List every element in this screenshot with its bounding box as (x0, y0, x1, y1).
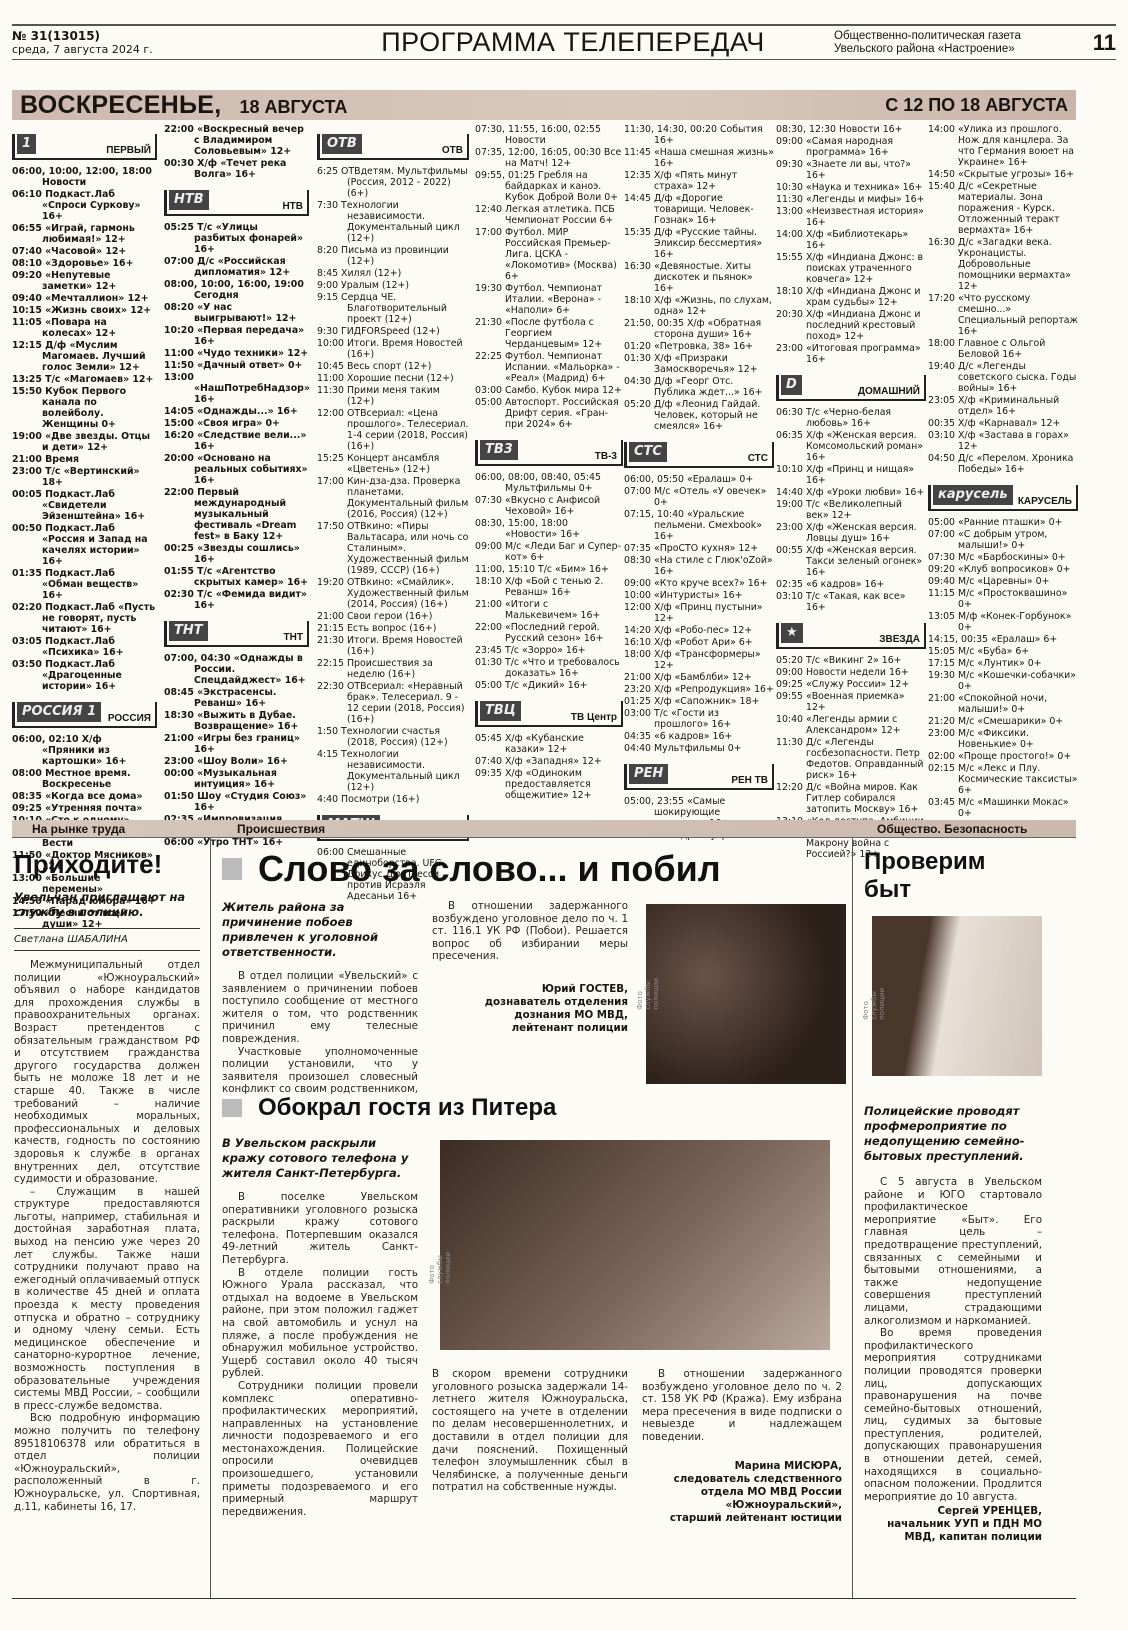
channel-logo-icon: ★ (781, 623, 803, 643)
program-listing: 11:00, 15:10 Т/с «Бим» 16+ (475, 564, 623, 575)
program-listing: 05:20 Д/ф «Леонид Гайдай. Человек, котор… (624, 399, 774, 432)
program-listing: 07:00 М/с «Отель «У овечек» 0+ (624, 486, 774, 508)
program-listing: 00:05 Подкаст.Лаб «Свидетели Эйзенштейна… (12, 489, 157, 522)
program-listing: 15:50 Кубок Первого канала по волейболу.… (12, 386, 157, 430)
section-society: Общество. Безопасность (857, 822, 1027, 836)
signature-line: Марина МИСЮРА, (642, 1460, 842, 1473)
police-uniform-photo (646, 904, 846, 1084)
program-listing: 03:00 Самбо. Кубок мира 12+ (475, 385, 623, 396)
program-listing: 02:30 Т/с «Фемида видит» 16+ (164, 589, 309, 611)
program-listing: 9:00 Уралым (12+) (317, 280, 469, 291)
channel-name: СТС (748, 453, 768, 464)
program-listing: 20:00 «Основано на реальных событиях» 16… (164, 453, 309, 486)
program-listing: 11:30 Прими меня таким (12+) (317, 385, 469, 407)
program-listing: 19:00 Т/с «Великолепный век» 12+ (776, 499, 926, 521)
program-listing: 4:15 Технологии независимости. Документа… (317, 749, 469, 793)
channel-header: СТССТС (624, 442, 774, 468)
program-listing: 10:00 Итоги. Время Новостей (16+) (317, 338, 469, 360)
program-listing: 21:00 «Спокойной ночи, малыши!» 0+ (928, 693, 1078, 715)
program-listing: 05:20 Т/с «Викинг 2» 16+ (776, 655, 926, 666)
program-listing: 18:00 Главное с Ольгой Беловой 16+ (928, 338, 1078, 360)
headline: Приходите! (14, 848, 200, 880)
program-listing: 09:40 «Мечталлион» 12+ (12, 293, 157, 304)
program-listing: 07:35 «ПроСТО кухня» 12+ (624, 543, 774, 554)
day-name: ВОСКРЕСЕНЬЕ, (20, 91, 222, 120)
program-listing: 11:00 Хорошие песни (12+) (317, 373, 469, 384)
program-listing: 8:45 Хилял (12+) (317, 268, 469, 279)
program-listing: 19:20 ОТВкино: «Смайлик». Художественный… (317, 577, 469, 610)
program-listing: 09:25 «Служу России» 12+ (776, 679, 926, 690)
program-listing: 03:10 Х/ф «Застава в горах» 12+ (928, 430, 1078, 452)
tv-schedule-grid: 1ПЕРВЫЙ06:00, 10:00, 12:00, 18:00 Новост… (12, 124, 1076, 818)
program-listing: 08:00, 10:00, 16:00, 19:00 Сегодня (164, 279, 309, 301)
program-listing: 14:50 «Скрытые угрозы» 16+ (928, 169, 1078, 180)
program-listing: 09:00 «Кто круче всех?» 16+ (624, 578, 774, 589)
program-listing: 21:30 Итоги. Время Новостей (16+) (317, 635, 469, 657)
channel-logo-icon: ТВЦ (480, 701, 521, 721)
program-listing: 07:35, 12:00, 16:05, 00:30 Все на Матч! … (475, 147, 623, 169)
program-listing: 21:00 «Итоги с Малькевичем» 16+ (475, 599, 623, 621)
program-listing: 13:00 «НашПотребНадзор» 16+ (164, 372, 309, 405)
program-listing: 15:40 Д/с «Секретные материалы. Зона пор… (928, 181, 1078, 236)
program-listing: 16:30 «Девяностые. Хиты дискотек и пьяно… (624, 261, 774, 294)
program-listing: 08:20 «У нас выигрывают!» 12+ (164, 302, 309, 324)
program-listing: 07:30 «Вкусно с Анфисой Чеховой» 16+ (475, 495, 623, 517)
program-listing: 19:30 М/с «Кошечки-собачки» 0+ (928, 670, 1078, 692)
program-listing: 07:30 М/с «Барбоскины» 0+ (928, 552, 1078, 563)
program-listing: 02:15 М/с «Лекс и Плу. Космические такси… (928, 763, 1078, 796)
program-listing: 14:20 Х/ф «Робо-пес» 12+ (624, 625, 774, 636)
program-listing: 09:35 Х/ф «Одиноким предоставляется обще… (475, 768, 623, 801)
program-listing: 15:55 Х/ф «Индиана Джонс: в поисках утра… (776, 252, 926, 285)
paragraph: Участковые уполномоченные полиции устано… (222, 1046, 418, 1096)
article-body: С 5 августа в Увельском районе и ЮГО ста… (864, 1176, 1042, 1503)
program-listing: 11:15 М/с «Простоквашино» 0+ (928, 588, 1078, 610)
signature-line: Сергей УРЕНЦЕВ, (864, 1505, 1042, 1518)
channel-name: НТВ (282, 201, 303, 212)
program-listing: 6:25 ОТВдетям. Мультфильмы (Россия, 2012… (317, 166, 469, 199)
program-listing: 03:45 М/с «Машинки Мокас» 0+ (928, 797, 1078, 819)
program-listing: 22:00 «Последний герой. Русский сезон» 1… (475, 622, 623, 644)
section-labor: На рынке труда (12, 822, 217, 836)
paper-line-2: Увельского района «Настроение» (834, 43, 1015, 55)
program-listing: 8:20 Письма из провинции (12+) (317, 245, 469, 267)
program-listing: 15:00 «Своя игра» 0+ (164, 418, 309, 429)
tv-column-1: 1ПЕРВЫЙ06:00, 10:00, 12:00, 18:00 Новост… (12, 124, 157, 931)
program-listing: 06:30 Т/с «Черно-белая любовь» 16+ (776, 407, 926, 429)
program-listing: 17:15 М/с «Лунтик» 0+ (928, 658, 1078, 669)
channel-name: КАРУСЕЛЬ (1018, 496, 1072, 507)
program-listing: 01:20 «Петровка, 38» 16+ (624, 341, 774, 352)
issue-date: среда, 7 августа 2024 г. (12, 43, 153, 56)
channel-header: ОТВОТВ (317, 134, 469, 160)
program-listing: 10:10 Х/ф «Принц и нищая» 16+ (776, 464, 926, 486)
program-listing: 13:25 Т/с «Магомаев» 12+ (12, 374, 157, 385)
program-listing: 19:30 Футбол. Чемпионат Италии. «Верона»… (475, 283, 623, 316)
program-listing: 05:00 «Ранние пташки» 0+ (928, 517, 1078, 528)
program-listing: 10:40 «Легенды армии с Александром» 12+ (776, 714, 926, 736)
program-listing: 06:00 «Утро ТНТ» 16+ (164, 837, 309, 848)
program-listing: 07:15, 10:40 «Уральские пельмени. Смехbo… (624, 509, 774, 542)
program-listing: 09:00 М/с «Леди Баг и Супер-кот» 6+ (475, 541, 623, 563)
article-fight: Слово за слово... и побил Житель района … (222, 848, 844, 890)
channel-name: ЗВЕЗДА (879, 634, 920, 645)
program-listing: 03:50 Подкаст.Лаб «Драгоценные истории» … (12, 659, 157, 692)
tv-column-5: 11:30, 14:30, 00:20 События 16+11:45 «На… (624, 124, 774, 842)
program-listing: 11:30 «Легенды и мифы» 16+ (776, 194, 926, 205)
lead: Увельчан приглашают на службу в полицию. (14, 890, 200, 920)
signature-line: «Южноуральский», (642, 1499, 842, 1512)
program-listing: 13:00 «Неизвестная история» 16+ (776, 206, 926, 228)
signature: Сергей УРЕНЦЕВ, начальник УУП и ПДН МО М… (864, 1505, 1042, 1544)
program-listing: 14:45 Д/ф «Дорогие товарищи. Человек-Гоз… (624, 193, 774, 226)
article-byt: Проверим быт Фото службы полиции Полицей… (864, 848, 1074, 904)
program-listing: 10:45 Весь спорт (12+) (317, 361, 469, 372)
program-listing: 05:25 Т/с «Улицы разбитых фонарей» 16+ (164, 222, 309, 255)
signature-line: начальник УУП и ПДН МО (864, 1518, 1042, 1531)
channel-header: ТВЦТВ Центр (475, 701, 623, 727)
channel-name: ОТВ (442, 145, 463, 156)
program-listing: 01:50 Шоу «Студия Союз» 16+ (164, 791, 309, 813)
program-listing: 09:20 «Непутевые заметки» 12+ (12, 270, 157, 292)
program-listing: 09:00 «Самая народная программа» 16+ (776, 136, 926, 158)
paragraph: Всю подробную информацию можно получить … (14, 1412, 200, 1513)
program-listing: 23:20 Х/ф «Репродукция» 16+ (624, 684, 774, 695)
channel-header: РЕНРЕН ТВ (624, 764, 774, 790)
photo-credit: Фото службы полиции (428, 1252, 452, 1284)
program-listing: 9:30 ГИДFORSpeed (12+) (317, 326, 469, 337)
program-listing: 04:35 «6 кадров» 16+ (624, 731, 774, 742)
lead: В Увельском раскрыли кражу сотового теле… (222, 1136, 418, 1181)
channel-header: НТВНТВ (164, 190, 309, 216)
program-listing: 11:50 «Дачный ответ» 0+ (164, 360, 309, 371)
program-listing: 12:20 Д/с «Война миров. Как Гитлер собир… (776, 782, 926, 815)
program-listing: 10:30 «Наука и техника» 16+ (776, 182, 926, 193)
masthead: № 31(13015) среда, 7 августа 2024 г. ПРО… (12, 24, 1116, 60)
program-listing: 05:00 Автоспорт. Российская Дрифт серия.… (475, 397, 623, 430)
program-listing: 23:00 «Итоговая программа» 16+ (776, 343, 926, 365)
program-listing: 07:40 «Часовой» 12+ (12, 246, 157, 257)
program-listing: 23:00 Х/ф «Женская версия. Ловцы душ» 16… (776, 522, 926, 544)
program-listing: 05:45 Х/ф «Кубанские казаки» 12+ (475, 733, 623, 755)
channel-header: РОССИЯ 1РОССИЯ (12, 702, 157, 728)
divider (12, 1598, 1076, 1599)
signature-line: старший лейтенант юстиции (642, 1512, 842, 1525)
program-listing: 18:30 «Выжить в Дубае. Возвращение» 16+ (164, 710, 309, 732)
paper-name: Общественно-политическая газета Увельско… (834, 30, 1084, 56)
channel-header: ★ЗВЕЗДА (776, 623, 926, 649)
program-listing: 23:00 М/с «Фиксики. Новенькие» 0+ (928, 728, 1078, 750)
program-listing: 14:00 «Улика из прошлого. Нож для канцле… (928, 124, 1078, 168)
channel-logo-icon: 1 (17, 134, 36, 154)
week-range: С 12 ПО 18 АВГУСТА (885, 95, 1068, 116)
program-listing: 18:10 Х/ф «Индиана Джонс и храм судьбы» … (776, 286, 926, 308)
program-listing: 07:00, 04:30 «Однажды в России. Спецдайд… (164, 653, 309, 686)
paragraph: В скором времени сотрудники уголовного р… (432, 1368, 628, 1494)
lead: Житель района за причинение побоев привл… (222, 900, 418, 960)
program-listing: 06:00, 02:10 Х/ф «Пряники из картошки» 1… (12, 734, 157, 767)
program-listing: 01:30 Т/с «Что и требовалось доказать» 1… (475, 657, 623, 679)
program-listing: 01:30 Х/ф «Призраки Замоскворечья» 12+ (624, 353, 774, 375)
channel-name: ДОМАШНИЙ (858, 386, 920, 397)
headline: Обокрал гостя из Питера (258, 1092, 556, 1124)
article-body-cont: В скором времени сотрудники уголовного р… (432, 1368, 628, 1494)
channel-header: DДОМАШНИЙ (776, 375, 926, 401)
paragraph: В отношении задержанного возбуждено угол… (642, 1368, 842, 1444)
program-listing: 11:30, 14:30, 00:20 События 16+ (624, 124, 774, 146)
signature: Юрий ГОСТЕВ, дознаватель отделения дозна… (432, 983, 628, 1035)
tv-column-3: ОТВОТВ6:25 ОТВдетям. Мультфильмы (Россия… (317, 124, 469, 903)
photo-credit: Фото службы полиции (636, 978, 660, 1010)
program-listing: 05:00 Т/с «Дикий» 16+ (475, 680, 623, 691)
paragraph: Межмуниципальный отдел полиции «Южноурал… (14, 959, 200, 1186)
program-listing: 02:20 Подкаст.Лаб «Пусть не говорят, пус… (12, 602, 157, 635)
program-listing: 22:00 Первый международный музыкальный ф… (164, 487, 309, 542)
signature-line: следователь следственного (642, 1473, 842, 1486)
program-listing: 10:20 «Первая передача» 16+ (164, 325, 309, 347)
program-listing: 18:10 Х/ф «Жизнь, по слухам, одна» 12+ (624, 295, 774, 317)
program-listing: 00:35 Х/ф «Карнавал» 12+ (928, 418, 1078, 429)
program-listing: 06:55 «Играй, гармонь любимая!» 12+ (12, 223, 157, 245)
channel-logo-icon: ОТВ (322, 134, 362, 154)
program-listing: 21:00 «Игры без границ» 16+ (164, 733, 309, 755)
program-listing: 22:30 ОТВсериал: «Неравный брак». Телесе… (317, 681, 469, 725)
program-listing: 21:15 Есть вопрос (16+) (317, 623, 469, 634)
program-listing: 01:55 Т/с «Агентство скрытых камер» 16+ (164, 566, 309, 588)
program-listing: 08:30, 15:00, 18:00 «Новости» 16+ (475, 518, 623, 540)
program-listing: 01:35 Подкаст.Лаб «Обман веществ» 16+ (12, 568, 157, 601)
program-listing: 07:00 «С добрым утром, малыши!» 0+ (928, 529, 1078, 551)
program-listing: 08:35 «Когда все дома» (12, 791, 157, 802)
program-listing: 07:40 Х/ф «Западня» 12+ (475, 756, 623, 767)
lead: Полицейские проводят профмероприятие по … (864, 1104, 1042, 1164)
program-listing: 06:00, 05:50 «Ералаш» 0+ (624, 474, 774, 485)
channel-name: РОССИЯ (108, 713, 151, 724)
program-listing: 12:00 ОТВсериал: «Цена прошлого». Телесе… (317, 408, 469, 452)
program-listing: 06:00, 10:00, 12:00, 18:00 Новости (12, 166, 157, 188)
program-listing: 00:00 «Музыкальная интуиция» 16+ (164, 768, 309, 790)
signature-line: лейтенант полиции (432, 1022, 628, 1035)
paragraph: В поселке Увельском оперативники уголовн… (222, 1191, 418, 1267)
issue-info: № 31(13015) среда, 7 августа 2024 г. (12, 30, 312, 56)
program-listing: 06:10 Подкаст.Лаб «Спроси Суркову» 16+ (12, 189, 157, 222)
program-listing: 19:40 Д/с «Легенды советского сыска. Год… (928, 361, 1078, 394)
signature-line: дознаватель отделения (432, 996, 628, 1009)
channel-name: РЕН ТВ (731, 775, 768, 786)
program-listing: 07:30, 11:55, 16:00, 02:55 Новости (475, 124, 623, 146)
program-listing: 09:40 М/с «Царевны» 0+ (928, 576, 1078, 587)
article-body: Межмуниципальный отдел полиции «Южноурал… (14, 959, 200, 1513)
program-listing: 19:00 «Две звезды. Отцы и дети» 12+ (12, 431, 157, 453)
program-listing: 20:30 Х/ф «Индиана Джонс и последний кре… (776, 309, 926, 342)
channel-name: ТВ Центр (571, 712, 617, 723)
police-at-door-photo (872, 916, 1042, 1076)
program-listing: 03:10 Т/с «Такая, как все» 16+ (776, 591, 926, 613)
program-listing: 15:05 М/с «Буба» 6+ (928, 646, 1078, 657)
program-listing: 00:50 Подкаст.Лаб «Россия и Запад на кач… (12, 523, 157, 567)
program-listing: 04:40 Мультфильмы 0+ (624, 743, 774, 754)
program-listing: 00:30 Х/ф «Течет река Волга» 16+ (164, 158, 309, 180)
channel-logo-icon: СТС (629, 442, 667, 462)
program-listing: 7:30 Технологии независимости. Документа… (317, 200, 469, 244)
program-listing: 21:00 Свои герои (16+) (317, 611, 469, 622)
divider (210, 838, 211, 1598)
program-listing: 14:00 Х/ф «Библиотекарь» 16+ (776, 229, 926, 251)
channel-logo-icon: НТВ (169, 190, 209, 210)
program-listing: 16:20 «Следствие вели...» 16+ (164, 430, 309, 452)
article-labor: Приходите! Увельчан приглашают на службу… (14, 848, 200, 1513)
program-listing: 09:55 «Военная приемка» 12+ (776, 691, 926, 713)
program-listing: 09:25 «Утренняя почта» (12, 803, 157, 814)
tv-column-4: 07:30, 11:55, 16:00, 02:55 Новости07:35,… (475, 124, 623, 802)
section-incidents: Происшествия (217, 822, 857, 836)
program-listing: 09:55, 01:25 Гребля на байдарках и каноэ… (475, 170, 623, 203)
channel-logo-icon: РЕН (629, 764, 668, 784)
program-listing: 15:25 Концерт ансамбля «Цветень» (12+) (317, 453, 469, 475)
article-body: В отдел полиции «Увельский» с заявлением… (222, 970, 418, 1096)
program-listing: 00:25 «Звезды сошлись» 16+ (164, 543, 309, 565)
program-listing: 9:15 Сердца ЧЕ. Благотворительный проект… (317, 292, 469, 325)
program-listing: 23:45 Т/с «Зорро» 16+ (475, 645, 623, 656)
channel-logo-icon: ТНТ (169, 621, 208, 641)
program-listing: 21:20 М/с «Смешарики» 0+ (928, 716, 1078, 727)
program-listing: 23:05 Х/ф «Криминальный отдел» 16+ (928, 395, 1078, 417)
channel-header: карусельКАРУСЕЛЬ (928, 485, 1078, 511)
program-listing: 23:00 «Шоу Воли» 16+ (164, 756, 309, 767)
program-listing: 11:00 «Чудо техники» 12+ (164, 348, 309, 359)
headline: Слово за слово... и побил (258, 848, 721, 890)
article-theft: Обокрал гостя из Питера В Увельском раск… (222, 1092, 844, 1124)
paper-line-1: Общественно-политическая газета (834, 30, 1021, 42)
headline: Проверим быт (864, 848, 1014, 904)
paragraph: В отношении задержанного возбуждено угол… (432, 900, 628, 963)
program-listing: 13:05 М/ф «Конек-Горбунок» 0+ (928, 611, 1078, 633)
paragraph: – Служащим в нашей структуре предоставля… (14, 1186, 200, 1413)
program-listing: 17:00 Футбол. МИР Российская Премьер-Лиг… (475, 227, 623, 282)
program-listing: 03:05 Подкаст.Лаб «Психика» 16+ (12, 636, 157, 658)
program-listing: 01:25 Х/ф «Сапожник» 18+ (624, 696, 774, 707)
channel-logo-icon: D (781, 375, 802, 395)
channel-header: ТНТТНТ (164, 621, 309, 647)
program-listing: 08:30, 12:30 Новости 16+ (776, 124, 926, 135)
program-listing: 09:30 «Знаете ли вы, что?» 16+ (776, 159, 926, 181)
article-body: В поселке Увельском оперативники уголовн… (222, 1191, 418, 1518)
program-listing: 02:00 «Проще простого!» 0+ (928, 751, 1078, 762)
program-listing: 12:35 Х/ф «Пять минут страха» 12+ (624, 170, 774, 192)
signature: Марина МИСЮРА, следователь следственного… (642, 1460, 842, 1525)
signature-line: МВД, капитан полиции (864, 1531, 1042, 1544)
police-building-photo (440, 1140, 830, 1350)
photo-credit: Фото службы полиции (862, 988, 886, 1020)
program-listing: 12:40 Легкая атлетика. ПСБ Чемпионат Рос… (475, 204, 623, 226)
program-listing: 18:00 Х/ф «Трансформеры» 12+ (624, 649, 774, 671)
signature-line: отдела МО МВД России (642, 1486, 842, 1499)
program-listing: 18:10 Х/ф «Бой с тенью 2. Реванш» 16+ (475, 576, 623, 598)
program-listing: 08:00 Местное время. Воскресенье (12, 768, 157, 790)
program-listing: 16:10 Х/ф «Робот Ари» 6+ (624, 637, 774, 648)
signature-line: Юрий ГОСТЕВ, (432, 983, 628, 996)
program-listing: 11:30 Д/с «Легенды госбезопасности. Петр… (776, 737, 926, 781)
page-number: 11 (1084, 30, 1116, 56)
program-listing: 1:50 Технологии счастья (2018, Россия) (… (317, 726, 469, 748)
program-listing: 4:40 Посмотри (16+) (317, 794, 469, 805)
section-bar: На рынке труда Происшествия Общество. Бе… (12, 820, 1076, 838)
program-listing: 12:15 Д/ф «Муслим Магомаев. Лучший голос… (12, 340, 157, 373)
program-listing: 17:00 Кин-дза-дза. Проверка планетами. Д… (317, 476, 469, 520)
program-listing: 22:25 Футбол. Чемпионат Испании. «Мальор… (475, 351, 623, 384)
channel-header: 1ПЕРВЫЙ (12, 134, 157, 160)
paragraph: С 5 августа в Увельском районе и ЮГО ста… (864, 1176, 1042, 1327)
program-listing: 00:55 Х/ф «Женская версия. Такси зеленый… (776, 545, 926, 578)
program-listing: 10:15 «Жизнь своих» 12+ (12, 305, 157, 316)
program-listing: 03:00 Т/с «Гости из прошлого» 16+ (624, 708, 774, 730)
program-listing: 09:20 «Клуб вопросиков» 0+ (928, 564, 1078, 575)
day-date: 18 АВГУСТА (240, 97, 348, 118)
program-listing: 07:00 Д/с «Российская дипломатия» 12+ (164, 256, 309, 278)
headline-marker (222, 858, 242, 880)
program-listing: 10:00 «Интуристы» 16+ (624, 590, 774, 601)
program-listing: 02:35 «6 кадров» 16+ (776, 579, 926, 590)
program-listing: 14:05 «Однажды...» 16+ (164, 406, 309, 417)
program-listing: 14:40 Х/ф «Уроки любви» 16+ (776, 487, 926, 498)
program-listing: 04:30 Д/ф «Георг Отс. Публика ждет...» 1… (624, 376, 774, 398)
channel-name: ТНТ (284, 632, 303, 643)
paragraph: В отдел полиции «Увельский» с заявлением… (222, 970, 418, 1046)
paragraph: Во время проведения профилактического ме… (864, 1327, 1042, 1503)
program-listing: 16:30 Д/с «Загадки века. Укронацисты. До… (928, 237, 1078, 292)
program-listing: 21:00 Х/ф «Бамблби» 12+ (624, 672, 774, 683)
article-body-cont: В отношении задержанного возбуждено угол… (432, 900, 628, 963)
program-listing: 11:05 «Повара на колесах» 12+ (12, 317, 157, 339)
program-listing: 09:00 Новости недели 16+ (776, 667, 926, 678)
tv-column-2: 22:00 «Воскресный вечер с Владимиром Сол… (164, 124, 309, 849)
channel-logo-icon: РОССИЯ 1 (17, 702, 101, 722)
tv-column-6: 08:30, 12:30 Новости 16+09:00 «Самая нар… (776, 124, 926, 861)
paragraph: В отделе полиции гость Южного Урала расс… (222, 1267, 418, 1380)
day-band: ВОСКРЕСЕНЬЕ, 18 АВГУСТА С 12 ПО 18 АВГУС… (12, 90, 1076, 120)
program-listing: 22:00 «Воскресный вечер с Владимиром Сол… (164, 124, 309, 157)
program-listing: 06:35 Х/ф «Женская версия. Комсомольский… (776, 430, 926, 463)
issue-number: № 31(13015) (12, 29, 100, 43)
program-listing: 08:10 «Здоровье» 16+ (12, 258, 157, 269)
paragraph: Сотрудники полиции провели комплекс опер… (222, 1380, 418, 1519)
program-listing: 23:00 Т/с «Вертинский» 18+ (12, 466, 157, 488)
headline-marker (222, 1099, 242, 1117)
channel-header: ТВ3ТВ-3 (475, 440, 623, 466)
program-listing: 12:00 Х/ф «Принц пустыни» 12+ (624, 602, 774, 624)
article-body-cont: В отношении задержанного возбуждено угол… (642, 1368, 842, 1444)
program-listing: 06:00, 08:00, 08:40, 05:45 Мультфильмы 0… (475, 472, 623, 494)
program-listing: 04:50 Д/с «Перелом. Хроника Победы» 16+ (928, 453, 1078, 475)
divider (852, 838, 853, 1598)
channel-logo-icon: карусель (933, 485, 1013, 505)
program-listing: 14:15, 00:35 «Ералаш» 6+ (928, 634, 1078, 645)
page-title: ПРОГРАММА ТЕЛЕПЕРЕДАЧ (312, 27, 834, 58)
program-listing: 21:00 Время (12, 454, 157, 465)
tv-column-7: 14:00 «Улика из прошлого. Нож для канцле… (928, 124, 1078, 820)
channel-name: ТВ-3 (595, 451, 617, 462)
program-listing: 21:30 «После футбола с Георгием Черданце… (475, 317, 623, 350)
signature-line: дознания МО МВД, (432, 1009, 628, 1022)
channel-logo-icon: ТВ3 (480, 440, 518, 460)
program-listing: 17:20 «Что русскому смешно...» Специальн… (928, 293, 1078, 337)
program-listing: 22:15 Происшествия за неделю (16+) (317, 658, 469, 680)
program-listing: 21:50, 00:35 Х/ф «Обратная сторона души»… (624, 318, 774, 340)
program-listing: 15:35 Д/ф «Русские тайны. Эликсир бессме… (624, 227, 774, 260)
program-listing: 08:30 «На стиле с Глюк'oZой» 16+ (624, 555, 774, 577)
author: Светлана ШАБАЛИНА (14, 928, 200, 951)
program-listing: 17:50 ОТВкино: «Пиры Вальтасара, или ноч… (317, 521, 469, 576)
